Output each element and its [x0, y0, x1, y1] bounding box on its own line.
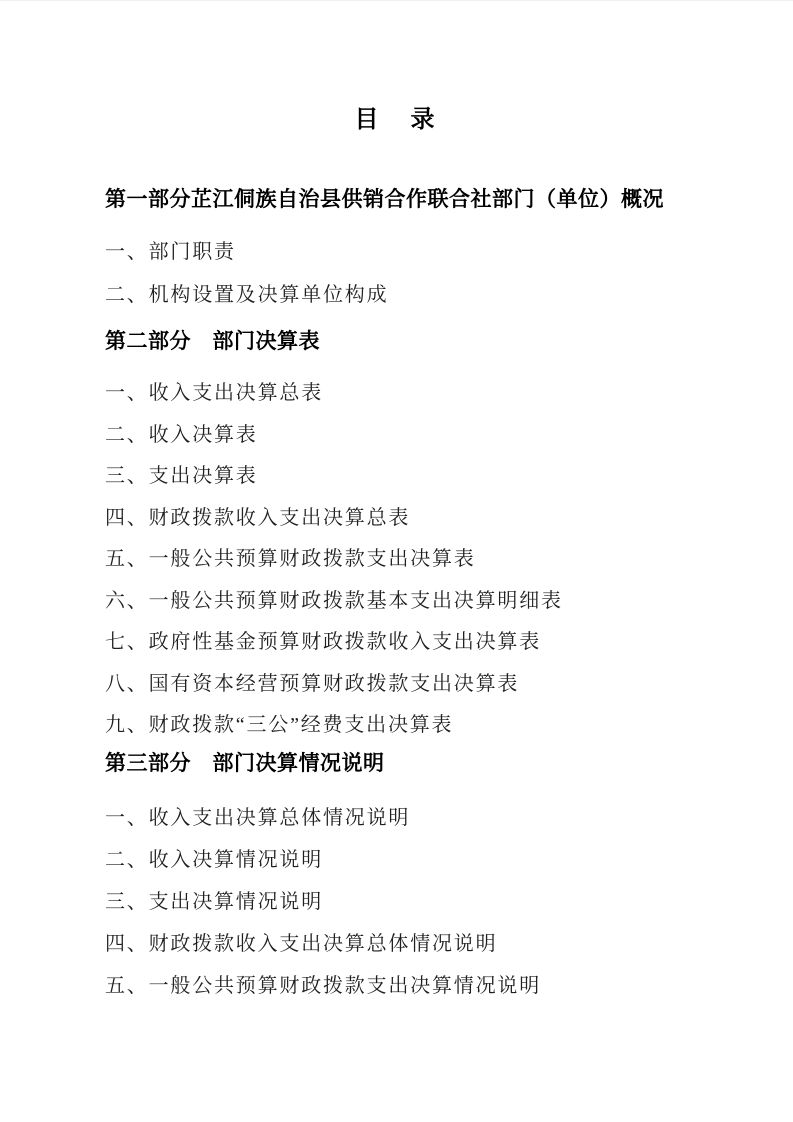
- section-part-2: 第二部分 部门决算表 一、收入支出决算总表 二、收入决算表 三、支出决算表 四、…: [105, 330, 753, 736]
- toc-item: 五、一般公共预算财政拨款支出决算表: [105, 548, 753, 570]
- toc-item: 九、财政拨款“三公”经费支出决算表: [105, 714, 753, 736]
- section-part-3: 第三部分 部门决算情况说明 一、收入支出决算总体情况说明 二、收入决算情况说明 …: [105, 752, 753, 997]
- toc-item: 六、一般公共预算财政拨款基本支出决算明细表: [105, 590, 753, 612]
- toc-item: 四、财政拨款收入支出决算总表: [105, 507, 753, 529]
- toc-item: 一、收入支出决算总表: [105, 382, 753, 404]
- toc-item: 三、支出决算表: [105, 465, 753, 487]
- section-heading-part-1: 第一部分芷江侗族自治县供销合作联合社部门（单位）概况: [105, 188, 753, 212]
- section-part-1: 第一部分芷江侗族自治县供销合作联合社部门（单位）概况 一、部门职责 二、机构设置…: [105, 188, 753, 306]
- toc-page: 目 录 第一部分芷江侗族自治县供销合作联合社部门（单位）概况 一、部门职责 二、…: [0, 0, 793, 1122]
- toc-item: 四、财政拨款收入支出决算总体情况说明: [105, 933, 753, 955]
- toc-item: 二、收入决算情况说明: [105, 849, 753, 871]
- toc-item: 三、支出决算情况说明: [105, 891, 753, 913]
- section-heading-part-3: 第三部分 部门决算情况说明: [105, 752, 753, 776]
- toc-item: 八、国有资本经营预算财政拨款支出决算表: [105, 673, 753, 695]
- toc-item: 五、一般公共预算财政拨款支出决算情况说明: [105, 975, 753, 997]
- toc-item: 七、政府性基金预算财政拨款收入支出决算表: [105, 631, 753, 653]
- toc-item: 二、收入决算表: [105, 424, 753, 446]
- toc-item: 二、机构设置及决算单位构成: [105, 284, 753, 306]
- toc-item: 一、部门职责: [105, 241, 753, 263]
- section-heading-part-2: 第二部分 部门决算表: [105, 330, 753, 354]
- page-title: 目 录: [0, 106, 793, 134]
- toc-item: 一、收入支出决算总体情况说明: [105, 807, 753, 829]
